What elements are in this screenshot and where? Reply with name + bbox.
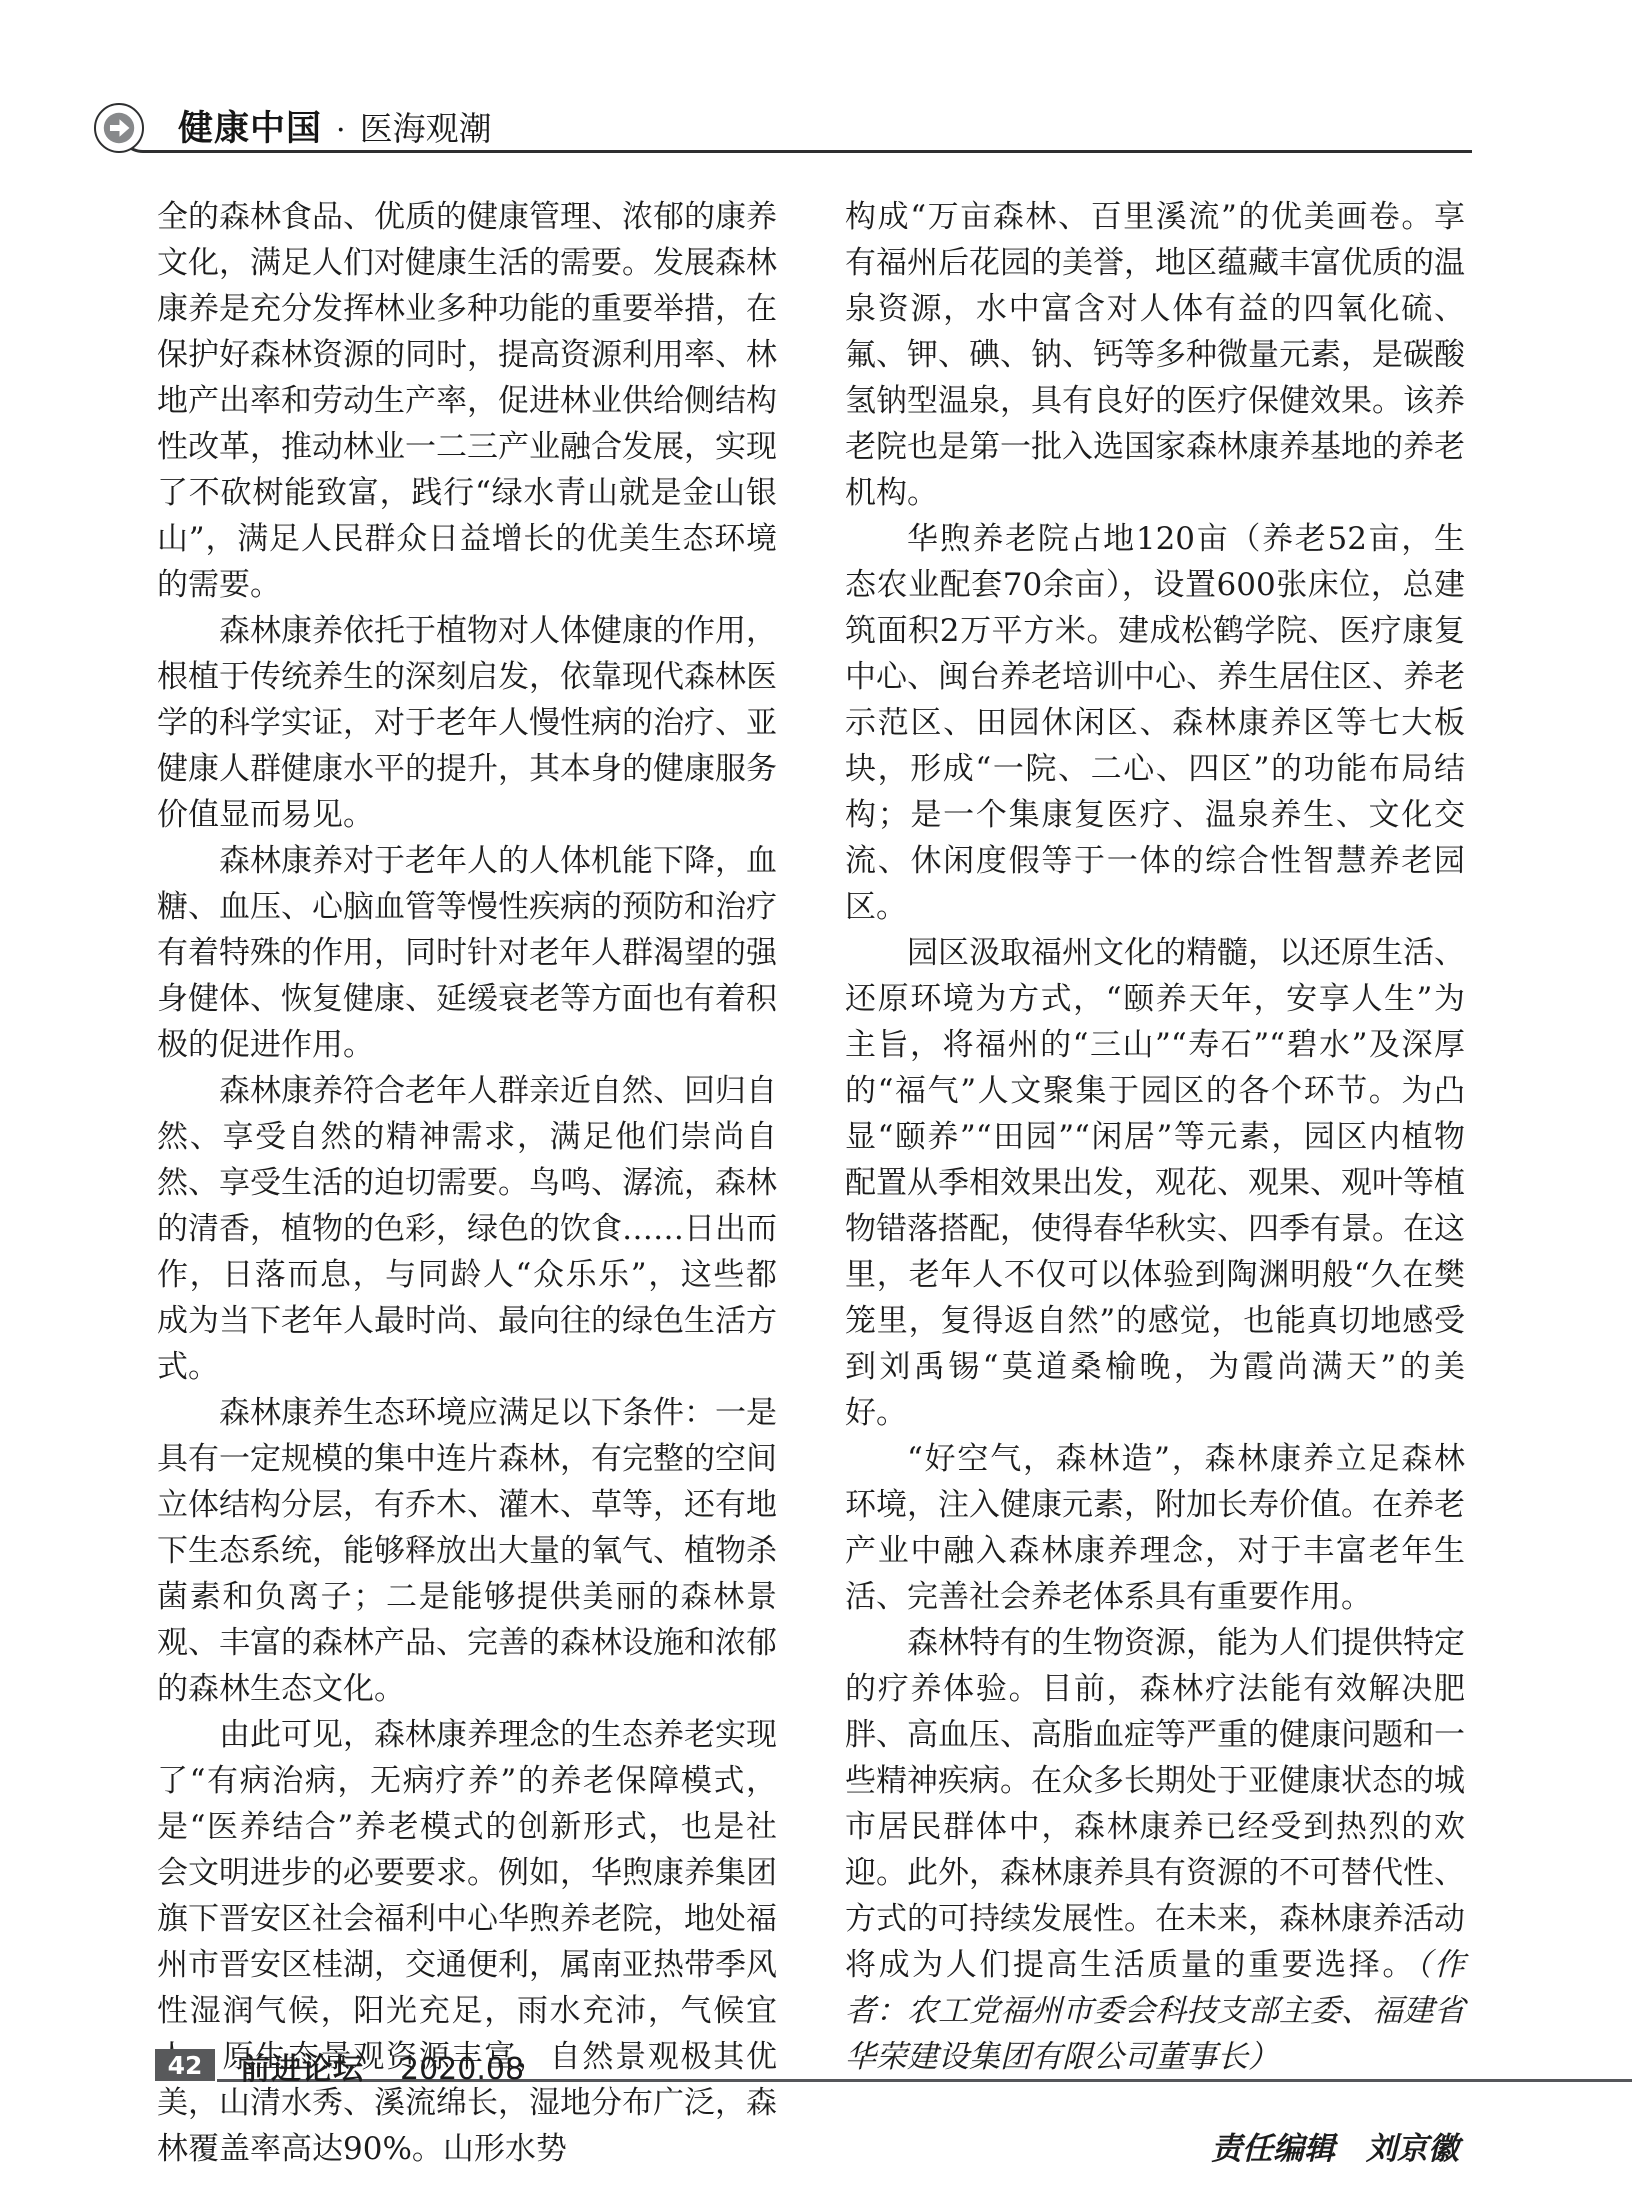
journal-name: 前进论坛 — [240, 2044, 364, 2088]
arrow-right-circle-icon — [94, 103, 144, 153]
paragraph: 森林康养依托于植物对人体健康的作用，根植于传统养生的深刻启发，依靠现代森林医学的… — [157, 608, 777, 838]
page-number-badge: 42 — [155, 2049, 215, 2081]
paragraph: 森林康养对于老年人的人体机能下降，血糖、血压、心脑血管等慢性疾病的预防和治疗有着… — [157, 838, 777, 1068]
paragraph: 华煦养老院占地120亩（养老52亩，生态农业配套70余亩），设置600张床位，总… — [845, 516, 1465, 930]
left-column: 全的森林食品、优质的健康管理、浓郁的康养文化，满足人们对健康生活的需要。发展森林… — [157, 194, 777, 2172]
paragraph: 全的森林食品、优质的健康管理、浓郁的康养文化，满足人们对健康生活的需要。发展森林… — [157, 194, 777, 608]
header-title: 健康中国 · 医海观潮 — [178, 101, 492, 151]
paragraph: 森林特有的生物资源，能为人们提供特定的疗养体验。目前，森林疗法能有效解决肥胖、高… — [845, 1620, 1465, 2080]
issue-number: 2020.08 — [400, 2052, 524, 2087]
paragraph: 构成“万亩森林、百里溪流”的优美画卷。享有福州后花园的美誉，地区蕴藏丰富优质的温… — [845, 194, 1465, 516]
section-title: 医海观潮 — [360, 103, 492, 150]
paragraph: 园区汲取福州文化的精髓，以还原生活、还原环境为方式，“颐养天年，安享人生”为主旨… — [845, 930, 1465, 1436]
paragraph: 森林康养生态环境应满足以下条件：一是具有一定规模的集中连片森林，有完整的空间立体… — [157, 1390, 777, 1712]
editor-label: 责任编辑 — [1211, 2131, 1335, 2167]
brand-title: 健康中国 — [178, 101, 322, 151]
editor-name: 刘京徽 — [1366, 2131, 1459, 2167]
magazine-page: 健康中国 · 医海观潮 全的森林食品、优质的健康管理、浓郁的康养文化，满足人们对… — [0, 0, 1632, 2199]
title-separator: · — [336, 113, 346, 148]
paragraph-text: 森林特有的生物资源，能为人们提供特定的疗养体验。目前，森林疗法能有效解决肥胖、高… — [845, 1625, 1465, 1983]
paragraph: 由此可见，森林康养理念的生态养老实现了“有病治病，无病疗养”的养老保障模式，是“… — [157, 1712, 777, 2172]
right-column: 构成“万亩森林、百里溪流”的优美画卷。享有福州后花园的美誉，地区蕴藏丰富优质的温… — [845, 194, 1465, 2172]
paragraph: 森林康养符合老年人群亲近自然、回归自然、享受自然的精神需求，满足他们崇尚自然、享… — [157, 1068, 777, 1390]
paragraph: “好空气，森林造”，森林康养立足森林环境，注入健康元素，附加长寿价值。在养老产业… — [845, 1436, 1465, 1620]
editor-line: 责任编辑刘京徽 — [845, 2126, 1465, 2172]
footer-text: 前进论坛 2020.08 — [240, 2044, 524, 2088]
